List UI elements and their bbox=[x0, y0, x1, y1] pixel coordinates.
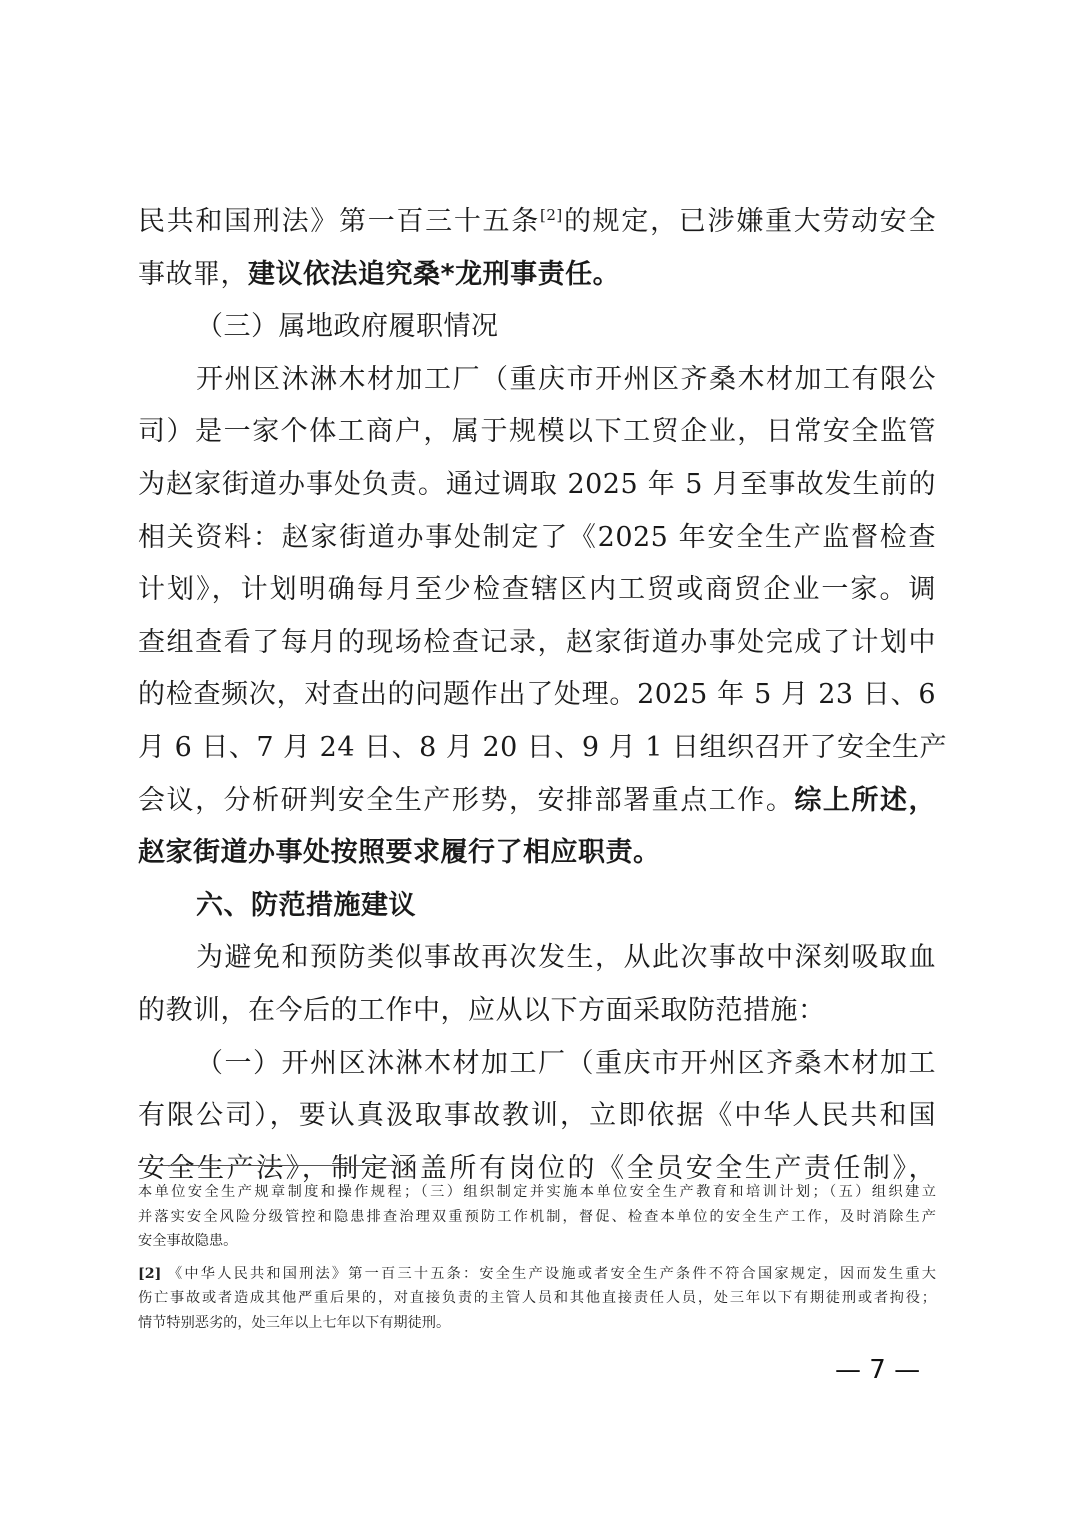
line-text: 的规定，已涉嫌重大劳动安全 bbox=[563, 206, 936, 237]
body-line: 查组查看了每月的现场检查记录，赵家街道办事处完成了计划中 bbox=[138, 617, 936, 670]
body-line: 有限公司），要认真汲取事故教训，立即依据《中华人民共和国 bbox=[138, 1090, 936, 1143]
footnote-2-line: 情节特别恶劣的，处三年以上七年以下有期徒刑。 bbox=[138, 1311, 936, 1336]
line-text: 民共和国刑法》第一百三十五条 bbox=[138, 206, 540, 237]
footnote-line: 本单位安全生产规章制度和操作规程；（三）组织制定并实施本单位安全生产教育和培训计… bbox=[138, 1180, 936, 1205]
bold-conclusion: 综上所述， bbox=[794, 785, 936, 816]
footnote-2-line: [2] 《中华人民共和国刑法》第一百三十五条：安全生产设施或者安全生产条件不符合… bbox=[138, 1262, 936, 1287]
body-line: 的检查频次，对查出的问题作出了处理。2025 年 5 月 23 日、6 bbox=[138, 669, 936, 722]
body-line: 开州区沐淋木材加工厂（重庆市开州区齐桑木材加工有限公 bbox=[138, 354, 936, 407]
body-line: 会议，分析研判安全生产形势，安排部署重点工作。综上所述， bbox=[138, 775, 936, 828]
body-line: 为避免和预防类似事故再次发生，从此次事故中深刻吸取血 bbox=[138, 932, 936, 985]
body-line: 赵家街道办事处按照要求履行了相应职责。 bbox=[138, 827, 936, 880]
body-line: 的教训，在今后的工作中，应从以下方面采取防范措施： bbox=[138, 985, 936, 1038]
bold-conclusion: 赵家街道办事处按照要求履行了相应职责。 bbox=[138, 837, 661, 868]
footnotes: 本单位安全生产规章制度和操作规程；（三）组织制定并实施本单位安全生产教育和培训计… bbox=[138, 1180, 936, 1335]
body-line: （一）开州区沐淋木材加工厂（重庆市开州区齐桑木材加工 bbox=[138, 1038, 936, 1091]
bold-conclusion: 建议依法追究桑*龙刑事责任。 bbox=[248, 259, 620, 290]
footnote-divider bbox=[138, 1165, 398, 1166]
body-line: 月 6 日、7 月 24 日、8 月 20 日、9 月 1 日组织召开了安全生产 bbox=[138, 722, 936, 775]
body-text: 民共和国刑法》第一百三十五条[2]的规定，已涉嫌重大劳动安全 事故罪，建议依法追… bbox=[138, 196, 936, 1195]
footnote-line: 并落实安全风险分级管控和隐患排查治理双重预防工作机制，督促、检查本单位的安全生产… bbox=[138, 1205, 936, 1230]
body-line: 司）是一家个体工商户，属于规模以下工贸企业，日常安全监管 bbox=[138, 406, 936, 459]
line-text: 会议，分析研判安全生产形势，安排部署重点工作。 bbox=[138, 785, 794, 816]
footnote-ref[interactable]: [2] bbox=[540, 206, 563, 224]
document-page: 民共和国刑法》第一百三十五条[2]的规定，已涉嫌重大劳动安全 事故罪，建议依法追… bbox=[0, 0, 1074, 1520]
page-number: — 7 — bbox=[835, 1355, 920, 1385]
body-line: 事故罪，建议依法追究桑*龙刑事责任。 bbox=[138, 249, 936, 302]
line-text: 事故罪， bbox=[138, 259, 248, 290]
body-line: 民共和国刑法》第一百三十五条[2]的规定，已涉嫌重大劳动安全 bbox=[138, 196, 936, 249]
body-line: 计划》，计划明确每月至少检查辖区内工贸或商贸企业一家。调 bbox=[138, 564, 936, 617]
body-line: 相关资料：赵家街道办事处制定了《2025 年安全生产监督检查 bbox=[138, 512, 936, 565]
footnote-text: 《中华人民共和国刑法》第一百三十五条：安全生产设施或者安全生产条件不符合国家规定… bbox=[168, 1266, 936, 1282]
footnote-mark: [2] bbox=[138, 1266, 161, 1282]
subsection-heading: （三）属地政府履职情况 bbox=[138, 301, 936, 354]
body-line: 为赵家街道办事处负责。通过调取 2025 年 5 月至事故发生前的 bbox=[138, 459, 936, 512]
section-heading: 六、防范措施建议 bbox=[138, 880, 936, 933]
footnote-line: 安全事故隐患。 bbox=[138, 1229, 936, 1254]
footnote-2-line: 伤亡事故或者造成其他严重后果的，对直接负责的主管人员和其他直接责任人员，处三年以… bbox=[138, 1286, 936, 1311]
